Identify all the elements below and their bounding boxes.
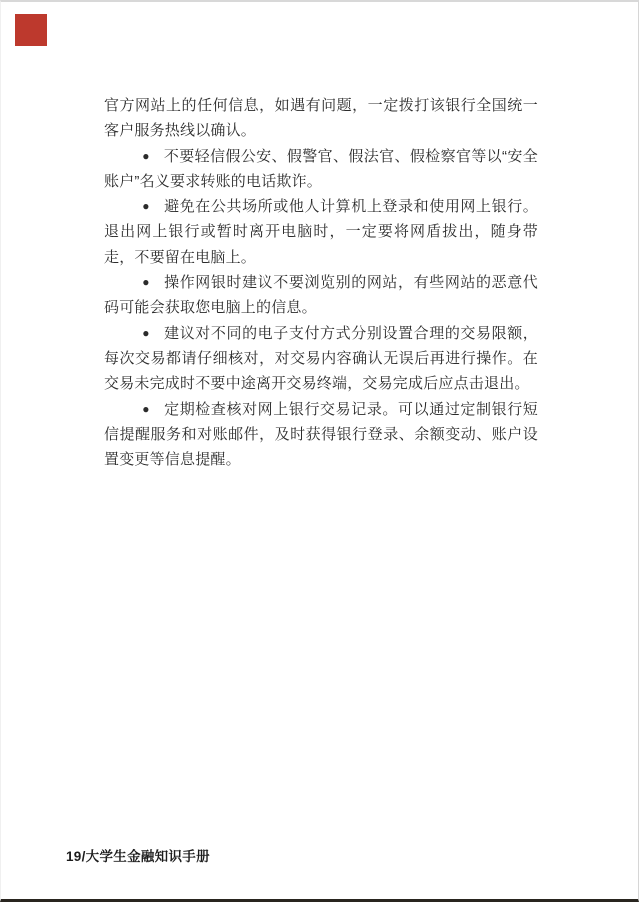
paragraph-text: 定期检查核对网上银行交易记录。可以通过定制银行短信提醒服务和对账邮件，及时获得银… — [104, 401, 538, 469]
handbook-page: 官方网站上的任何信息，如遇有问题，一定拨打该银行全国统一客户服务热线以确认。 ●… — [0, 0, 639, 902]
paragraph-bullet-4: ●建议对不同的电子支付方式分别设置合理的交易限额，每次交易都请仔细核对，对交易内… — [104, 321, 538, 397]
bullet-icon: ● — [142, 397, 149, 422]
paragraph-text: 避免在公共场所或他人计算机上登录和使用网上银行。退出网上银行或暂时离开电脑时，一… — [104, 198, 538, 266]
paragraph-bullet-5: ●定期检查核对网上银行交易记录。可以通过定制银行短信提醒服务和对账邮件，及时获得… — [104, 397, 538, 473]
page-footer: 19/大学生金融知识手册 — [66, 845, 210, 865]
bullet-icon: ● — [142, 321, 149, 346]
paragraph-bullet-1: ●不要轻信假公安、假警官、假法官、假检察官等以“安全账户”名义要求转账的电话欺诈… — [104, 144, 538, 195]
paragraph-text: 官方网站上的任何信息，如遇有问题，一定拨打该银行全国统一客户服务热线以确认。 — [104, 97, 538, 139]
red-corner-marker — [15, 14, 47, 46]
body-text: 官方网站上的任何信息，如遇有问题，一定拨打该银行全国统一客户服务热线以确认。 ●… — [104, 93, 538, 472]
bullet-icon: ● — [142, 194, 149, 219]
paragraph-bullet-2: ●避免在公共场所或他人计算机上登录和使用网上银行。退出网上银行或暂时离开电脑时，… — [104, 194, 538, 270]
paragraph-text: 不要轻信假公安、假警官、假法官、假检察官等以“安全账户”名义要求转账的电话欺诈。 — [104, 148, 538, 190]
paragraph-text: 建议对不同的电子支付方式分别设置合理的交易限额，每次交易都请仔细核对，对交易内容… — [104, 325, 538, 393]
bullet-icon: ● — [142, 270, 149, 295]
paragraph-continuation: 官方网站上的任何信息，如遇有问题，一定拨打该银行全国统一客户服务热线以确认。 — [104, 93, 538, 144]
paragraph-bullet-3: ●操作网银时建议不要浏览别的网站，有些网站的恶意代码可能会获取您电脑上的信息。 — [104, 270, 538, 321]
paragraph-text: 操作网银时建议不要浏览别的网站，有些网站的恶意代码可能会获取您电脑上的信息。 — [104, 274, 538, 316]
bullet-icon: ● — [142, 144, 149, 169]
